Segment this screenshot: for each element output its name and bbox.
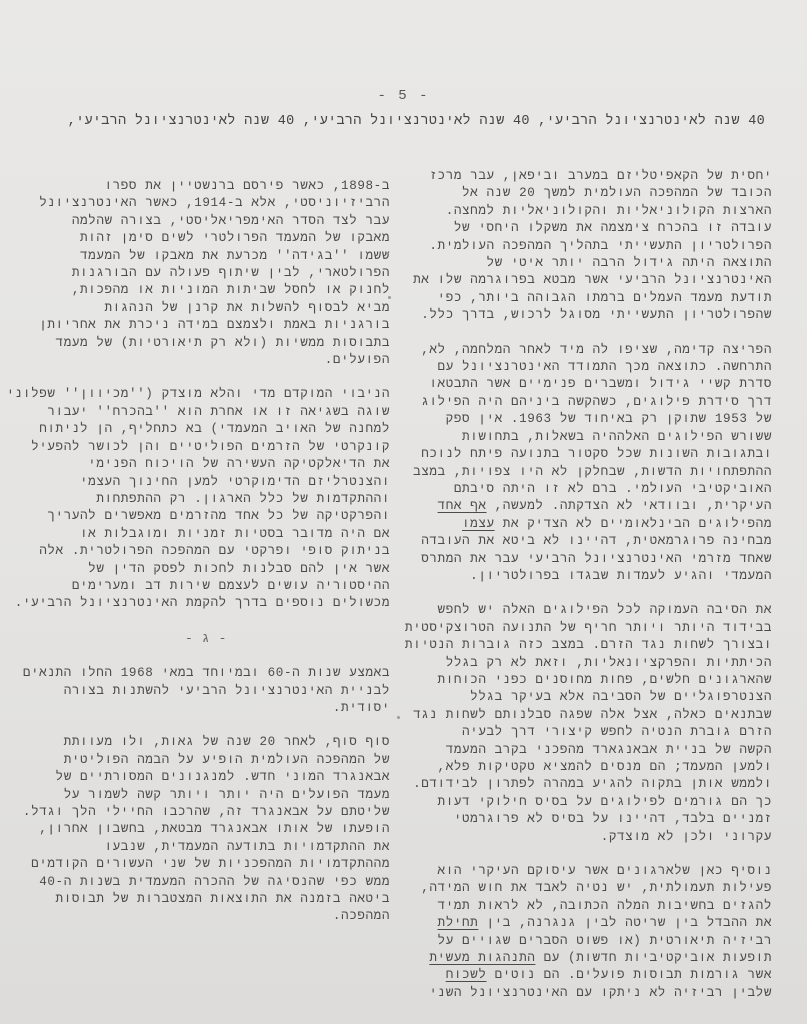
text-line: את הסיבה העמוקה לכל הפילוגים האלה יש לחפ… <box>412 602 772 619</box>
text-line: מביא לבסוף להשלות את קרנן של הנהגות <box>22 300 390 317</box>
text-line: עובדה זו בהכרח צימצמה את משקלו היחסי של <box>412 220 772 237</box>
text-line: שבתנאים כאלה, אצל אלה שפגה סבלנותם לשחות… <box>412 707 772 724</box>
paragraph: סוף סוף, לאחר 20 שנה של גאות, ולו מעוותת… <box>22 734 390 925</box>
running-header: 40 שנה לאינטרנציונל הרביעי, 40 שנה לאינט… <box>25 114 765 129</box>
text-line: שהפרולטריון התעשייתי מסוגל לרכוש, בדרך כ… <box>412 307 772 324</box>
text-line: שהארגונים חלשים, פחות מחוסנים כפני הכוחו… <box>412 672 772 689</box>
paragraph: ב-1898, כאשר פירסם ברנשטיין את ספרוהרביז… <box>22 178 390 369</box>
text-line: את הדיאלקטיקה העשירה של הויכוח הפנימי <box>22 456 390 473</box>
text-line: מעמד הפועלים היה יותר ויותר קשה לשמור על <box>22 787 390 804</box>
text-line: הפרולטארי, לבין שיתוף פעולה עם הבורגנות <box>22 265 390 282</box>
text-line: האוביקטיבי העולמי. ברם לא זו היתה סיבתם <box>412 481 772 498</box>
paragraph: יחסית של הקאפיטליזם במערב וביפאן, עבר מר… <box>412 168 772 325</box>
text-line: ובתגובות השונות שכל סקטור בתנועה פיתח לנ… <box>412 446 772 463</box>
text-line: הארצות הקולוניאליות והקולוניאליות למחצה. <box>412 203 772 220</box>
text-line: והפרקטיקה של כל אחד מהזרמים מאפשרים להער… <box>22 508 390 525</box>
text-line: הפריצה קדימה, שציפו לה מיד לאחר המלחמה, … <box>412 342 772 359</box>
text-line: הפועלים. <box>22 352 390 369</box>
text-line: קונקרטי של הזרמים הפוליטיים והן לכושר לה… <box>22 439 390 456</box>
text-line: הופעתו של אותו אבאנגרד מבטאת, בחשבון אחר… <box>22 821 390 838</box>
text-line: מבחינה פרוגרמאטית, דהיינו לא ביטא את העו… <box>412 533 772 550</box>
text-line: הקשה של בניית אבאנגארד מהפכני בקרב המעמד <box>412 742 772 759</box>
paper-speck <box>386 252 389 255</box>
text-line: שאחד מזרמי האינטרנציונל הרביעי עבר את המ… <box>412 551 772 568</box>
underlined-phrase: התנהגות מעשית <box>429 951 535 965</box>
text-line: רביזיה תיאורטית (או פשוט הסברים שגויים ע… <box>412 933 772 950</box>
text-line: שוגה בשגיאה זו או אחרת הוא ''בהכרח'' יעב… <box>22 404 390 421</box>
text-line: מהפילוגים הבינלאומיים לא הצדיק את עצמו <box>412 516 772 533</box>
text-line: הצנטרפוגליים של הסביבה אלא בעיקר בגלל <box>412 689 772 706</box>
page-number: - 5 - <box>0 88 807 104</box>
paragraph: באמצע שנות ה-60 ובמיוחד במאי 1968 החלו ה… <box>22 665 390 717</box>
text-line: שלבין רביזיה לא ניתקו עם האינטרנציונל הש… <box>412 985 772 1002</box>
text-line: האינטרנציונל הרביעי אשר מבטא בפרוגרמה של… <box>412 272 772 289</box>
text-line: תודעת מעמד העמלים ברמתו הגבוהה ביותר, כפ… <box>412 290 772 307</box>
text-line: הכובד של המהפכה העולמית למשך 20 שנה אל <box>412 185 772 202</box>
paragraph: הפריצה קדימה, שציפו לה מיד לאחר המלחמה, … <box>412 342 772 586</box>
text-line: תופעות אוביקטיביות חדשות) עם התנהגות מעש… <box>412 950 772 967</box>
text-line: הניבוי המוקדם מדי והלא מוצדק (''מכיוון''… <box>22 386 390 403</box>
text-line: התרחשה. כתוצאה מכך התמודד האינטרנציונל ע… <box>412 359 772 376</box>
text-line: אשר גורמות תבוסות פועלים. הם נוטים לשכוח <box>412 967 772 984</box>
text-line: להגזים בחשיבות המלה הכתובה, לא לראות תמי… <box>412 898 772 915</box>
left-column: ב-1898, כאשר פירסם ברנשטיין את ספרוהרביז… <box>22 178 390 943</box>
right-column: יחסית של הקאפיטליזם במערב וביפאן, עבר מר… <box>412 168 772 1019</box>
text-line: הפרולטריון התעשייתי בתהליך המהפכה העולמי… <box>412 238 772 255</box>
text-line: בבידוד היותר ויותר חריף של התנועה הטרוצק… <box>412 620 772 637</box>
text-line: בניתוק סופי ופרקטי עם המהפכה הפרולטרית. … <box>22 543 390 560</box>
text-line: הרביזיוניסטי, אלא ב-1914, כאשר האינטרנצי… <box>22 195 390 212</box>
text-line: והצנטרליזם הדימוקרטי למען החינוך העצמי <box>22 474 390 491</box>
text-line: פעילות תעמולתית, יש נטיה לאבד את חוש המי… <box>412 880 772 897</box>
text-line: ששמו ''בגידה'' מכרעת את מאבקו של המעמד <box>22 248 390 265</box>
text-line: נוסיף כאן שלארגונים אשר עיסוקם העיקרי הו… <box>412 863 772 880</box>
text-line: מאבקו של המעמד הפרולטרי לשים סימן זהות <box>22 230 390 247</box>
text-line: מכשולים נוספים בדרך להקמת האינטרנציונל ה… <box>22 595 390 612</box>
text-line: של המהפכה העולמית הופיע על הבמה הפוליטית <box>22 752 390 769</box>
section-mark: - ג - <box>22 630 390 647</box>
underlined-phrase: עצמו <box>462 517 495 531</box>
text-line: ביטאה בזמנה את התוצאות המצטברות של תבוסו… <box>22 891 390 908</box>
text-line: לחנוק או לחסל שביתות המוניות או מהפכות, <box>22 282 390 299</box>
text-line: ולמען המעמד; הם מנסים להמציא טקטיקות פלא… <box>412 759 772 776</box>
paragraph: הניבוי המוקדם מדי והלא מוצדק (''מכיוון''… <box>22 386 390 612</box>
text-line: את ההתקדמויות בתודעה המעמדית, שנבעו <box>22 839 390 856</box>
text-line: העיקרית, ובוודאי לא הצדקתה. למעשה, אף אח… <box>412 498 772 515</box>
text-line: הכיתתיות והפרקציונאליות, וזאת לא רק בגלל <box>412 655 772 672</box>
text-line: ההיסטוריה עושים לעצמם שירות דב ומערימים <box>22 578 390 595</box>
text-line: דרך סידרת פילוגים, כשהקשה ביניהם היה הפי… <box>412 394 772 411</box>
text-line: ששורש הפילוגים האלההיה בשאלות, בתחושות <box>412 429 772 446</box>
underlined-phrase: אף אחד <box>438 499 487 513</box>
text-line: המהפכה. <box>22 908 390 925</box>
text-line: הזרם גוברת הנטיה לחפש קיצורי דרך לבעיה <box>412 724 772 741</box>
text-line: למחנה של האויב המעמדי) בא כתחליף, הן לני… <box>22 421 390 438</box>
text-line: אבאנגרד המוני חדש. למנגנונים המסורתיים ש… <box>22 769 390 786</box>
paragraph: את הסיבה העמוקה לכל הפילוגים האלה יש לחפ… <box>412 602 772 846</box>
paper-speck <box>388 296 391 299</box>
text-line: ממש כפי שהנסיגה של ההכרה המעמדית בשנות ה… <box>22 874 390 891</box>
text-line: כך הם גורמים לפילוגים על בסיס חילוקי דעו… <box>412 794 772 811</box>
text-line: התוצאה היתה גידול הרבה יותר איטי של <box>412 255 772 272</box>
text-line: שליטתם על אבאנגרד זה, שהרכבו החיילי הלך … <box>22 804 390 821</box>
text-line: ובצורך לשחות נגד הזרם. במצב כזה גוברות ה… <box>412 637 772 654</box>
text-line: סוף סוף, לאחר 20 שנה של גאות, ולו מעוותת <box>22 734 390 751</box>
text-line: יסודית. <box>22 700 390 717</box>
text-line: אשר אין להם סבלנות לחכות לפסק הדין של <box>22 561 390 578</box>
text-line: ההתפתחויות הדשות, שבחלקן לא היו צפויות, … <box>412 464 772 481</box>
text-line: של 1953 שתוקן רק באיחוד של 1963. אין ספק <box>412 411 772 428</box>
text-line: עקרוני ולכן לא מוצדק. <box>412 829 772 846</box>
underlined-phrase: לשכוח <box>446 968 487 982</box>
text-line: לבניית האינטרנציונל הרביעי להשתנות בצורה <box>22 683 390 700</box>
paragraph: נוסיף כאן שלארגונים אשר עיסוקם העיקרי הו… <box>412 863 772 1002</box>
text-line: וההתקדמות של כלל הארגון. רק ההתפתחות <box>22 491 390 508</box>
text-line: זמניים בלבד, דהיינו על בסיס לא פרוגרמטי <box>412 811 772 828</box>
text-line: מההתקדמויות המהפכניות של שני העשורים הקו… <box>22 856 390 873</box>
text-line: בתבוסות ממשיות (ולא רק תיאורטיות) של מעמ… <box>22 335 390 352</box>
text-line: עבר לצד הסדר האימפריאליסטי, בצורה שהלמה <box>22 213 390 230</box>
text-line: ב-1898, כאשר פירסם ברנשטיין את ספרו <box>22 178 390 195</box>
text-line: יחסית של הקאפיטליזם במערב וביפאן, עבר מר… <box>412 168 772 185</box>
text-line: בורגניות באמת ולצמצם במידה ניכרת את אחרי… <box>22 317 390 334</box>
text-line: סדרת קשיי גידול ומשברים פנימיים אשר התבט… <box>412 376 772 393</box>
text-line: באמצע שנות ה-60 ובמיוחד במאי 1968 החלו ה… <box>22 665 390 682</box>
text-line: את ההבדל בין שריטה לבין גנגרנה, בין תחיל… <box>412 915 772 932</box>
text-line: ולממש אותן בתקוה להגיע במהרה לפתרון לביד… <box>412 776 772 793</box>
paper-speck <box>397 716 400 719</box>
underlined-phrase: תחילת <box>438 916 479 930</box>
text-line: אם היה מדובר בסטיות זמניות ומוגבלות או <box>22 526 390 543</box>
text-line: המעמדי והגיע לעמדות שבגדו בפרולטריון. <box>412 568 772 585</box>
